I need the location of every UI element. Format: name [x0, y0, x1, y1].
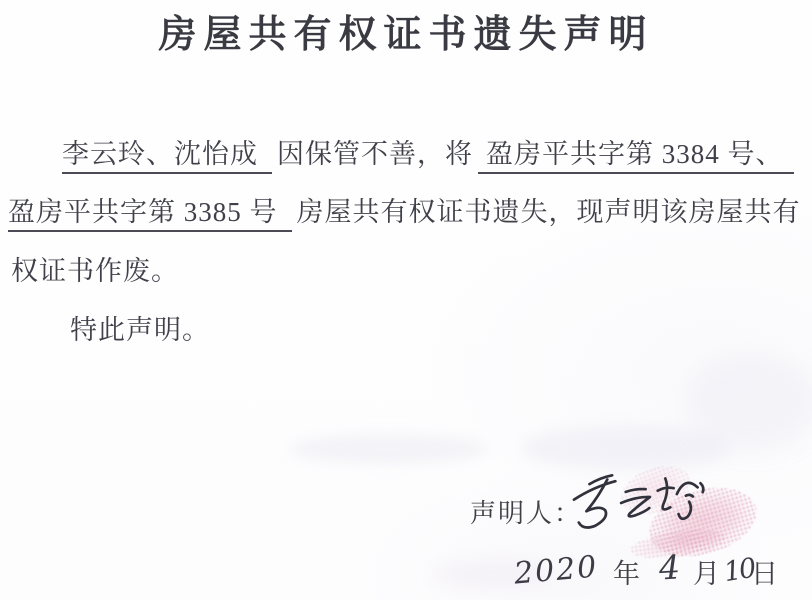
handwritten-month: 4 [658, 547, 681, 587]
handwritten-year: 2020 [513, 549, 600, 591]
certificate-number-2-underlined: 盈房平共字第 3385 号 [8, 197, 292, 232]
closing-statement: 特此声明。 [70, 313, 210, 347]
year-label: 年 [613, 552, 640, 591]
body-line-3: 权证书作废。 [11, 254, 179, 288]
body-line-2: 盈房平共字第 3385 号房屋共有权证书遗失，现声明该房屋共有 [8, 195, 806, 229]
certificate-number-1-underlined: 盈房平共字第 3384 号、 [478, 139, 794, 174]
day-label: 日 [751, 552, 778, 591]
scan-smudge [288, 434, 488, 464]
scan-smudge [688, 355, 812, 450]
signature-name-text: 李云玲 [0, 0, 1, 1]
document-page: 房屋共有权证书遗失声明 李云玲、沈怡成因保管不善，将盈房平共字第 3384 号、… [0, 0, 812, 600]
signature-handwriting-icon [559, 457, 742, 541]
body-line-1: 李云玲、沈怡成因保管不善，将盈房平共字第 3384 号、 [62, 137, 794, 171]
document-title: 房屋共有权证书遗失声明 [0, 10, 812, 58]
month-label: 月 [693, 552, 720, 591]
filled-names-underlined: 李云玲、沈怡成 [62, 139, 272, 174]
body-text-segment: 因保管不善，将 [277, 139, 473, 169]
body-text-segment: 房屋共有权证书遗失，现声明该房屋共有 [297, 197, 801, 227]
